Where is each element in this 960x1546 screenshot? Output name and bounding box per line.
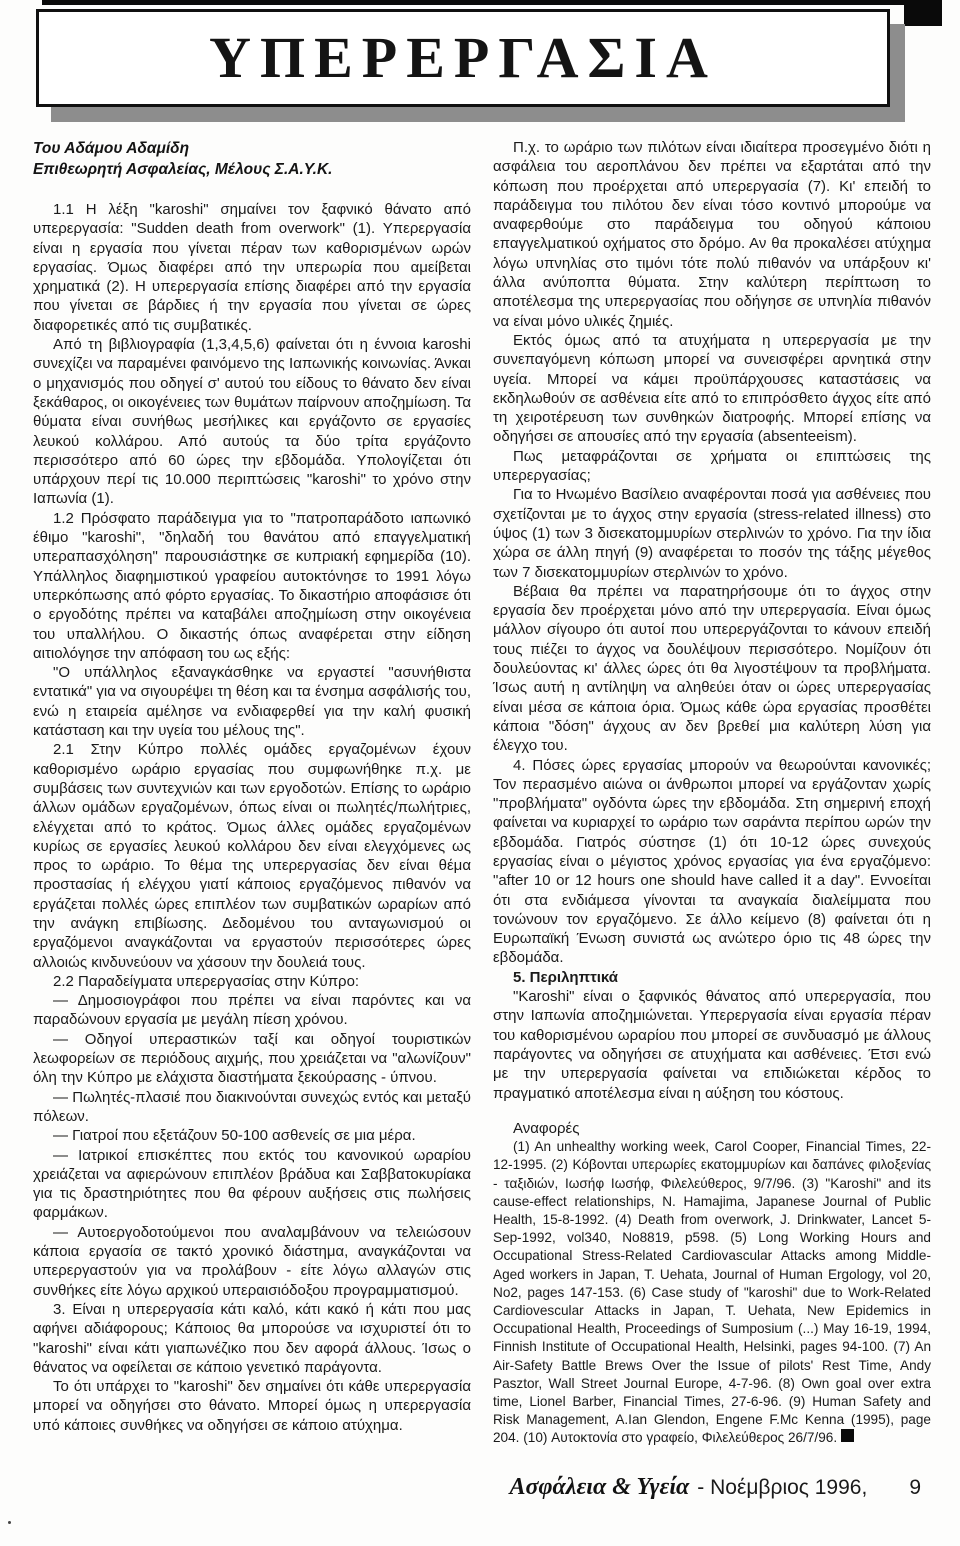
paragraph: "Karoshi" είναι ο ξαφνικός θάνατος από υ…	[493, 987, 931, 1103]
paragraph: Π.χ. το ωράριο των πιλότων είναι ιδιαίτε…	[493, 138, 931, 331]
right-column: Π.χ. το ωράριο των πιλότων είναι ιδιαίτε…	[493, 138, 931, 1501]
right-column-text: Π.χ. το ωράριο των πιλότων είναι ιδιαίτε…	[493, 138, 931, 1103]
references-body: (1) An unhealthy working week, Carol Coo…	[493, 1138, 931, 1447]
magazine-page: ΥΠΕΡΕΡΓΑΣΙΑ Του Αδάμου Αδαμίδη Επιθεωρητ…	[0, 0, 960, 1546]
paragraph: Πως μεταφράζονται σε χρήματα οι επιπτώσε…	[493, 447, 931, 486]
end-of-article-mark	[841, 1429, 854, 1442]
paragraph: Για το Ηνωμένο Βασίλειο αναφέρονται ποσά…	[493, 485, 931, 581]
paragraph: — Αυτοεργοδοτούμενοι που αναλαμβάνουν να…	[33, 1223, 471, 1300]
paragraph: Εκτός όμως από τα ατυχήματα η υπερεργασί…	[493, 331, 931, 447]
author-role: Επιθεωρητή Ασφαλείας, Μέλους Σ.Α.Υ.Κ.	[33, 159, 471, 180]
left-column-text: 1.1 Η λέξη "karoshi" σημαίνει τον ξαφνικ…	[33, 200, 471, 1435]
paragraph: Από τη βιβλιογραφία (1,3,4,5,6) φαίνεται…	[33, 335, 471, 509]
author-name: Του Αδάμου Αδαμίδη	[33, 138, 471, 159]
page-number: 9	[909, 1476, 921, 1500]
paragraph: 3. Είναι η υπερεργασία κάτι καλό, κάτι κ…	[33, 1300, 471, 1377]
paragraph: 1.1 Η λέξη "karoshi" σημαίνει τον ξαφνικ…	[33, 200, 471, 335]
top-scan-rule	[42, 0, 940, 5]
left-column: Του Αδάμου Αδαμίδη Επιθεωρητή Ασφαλείας,…	[33, 138, 471, 1501]
article-title: ΥΠΕΡΕΡΓΑΣΙΑ	[209, 29, 717, 87]
paragraph: — Πωλητές-πλασιέ που διακινούνται συνεχώ…	[33, 1088, 471, 1127]
article-title-box: ΥΠΕΡΕΡΓΑΣΙΑ	[36, 9, 890, 107]
paragraph: 4. Πόσες ώρες εργασίας μπορούν να θεωρού…	[493, 756, 931, 968]
page-footer: Ασφάλεια & Υγεία - Νοέμβριος 1996, 9	[493, 1474, 931, 1501]
paragraph: — Οδηγοί υπεραστικών ταξί και οδηγοί του…	[33, 1030, 471, 1088]
paragraph: — Δημοσιογράφοι που πρέπει να είναι παρό…	[33, 991, 471, 1030]
references-text: (1) An unhealthy working week, Carol Coo…	[493, 1139, 931, 1445]
issue-date: - Νοέμβριος 1996,	[697, 1476, 867, 1500]
paragraph: — Γιατροί που εξετάζουν 50-100 ασθενείς …	[33, 1126, 471, 1145]
paragraph: 2.1 Στην Κύπρο πολλές ομάδες εργαζομένων…	[33, 740, 471, 972]
article-body: Του Αδάμου Αδαμίδη Επιθεωρητή Ασφαλείας,…	[33, 138, 931, 1501]
paragraph: "Ο υπάλληλος εξαναγκάσθηκε να εργαστεί "…	[33, 663, 471, 740]
scan-artifact-corner	[904, 0, 942, 26]
journal-name: Ασφάλεια & Υγεία	[510, 1474, 690, 1501]
author-block: Του Αδάμου Αδαμίδη Επιθεωρητή Ασφαλείας,…	[33, 138, 471, 180]
scan-artifact-dot	[8, 1521, 11, 1524]
paragraph: Το ότι υπάρχει το "karoshi" δεν σημαίνει…	[33, 1377, 471, 1435]
paragraph: — Ιατρικοί επισκέπτες που εκτός του κανο…	[33, 1146, 471, 1223]
paragraph: 2.2 Παραδείγματα υπερεργασίας στην Κύπρο…	[33, 972, 471, 991]
paragraph: Βέβαια θα πρέπει να παρατηρήσουμε ότι το…	[493, 582, 931, 756]
references-section: Αναφορές (1) An unhealthy working week, …	[493, 1119, 931, 1448]
references-heading: Αναφορές	[493, 1119, 931, 1138]
paragraph: 1.2 Πρόσφατο παράδειγμα για το "πατροπαρ…	[33, 509, 471, 663]
paragraph: 5. Περιληπτικά	[493, 968, 931, 987]
